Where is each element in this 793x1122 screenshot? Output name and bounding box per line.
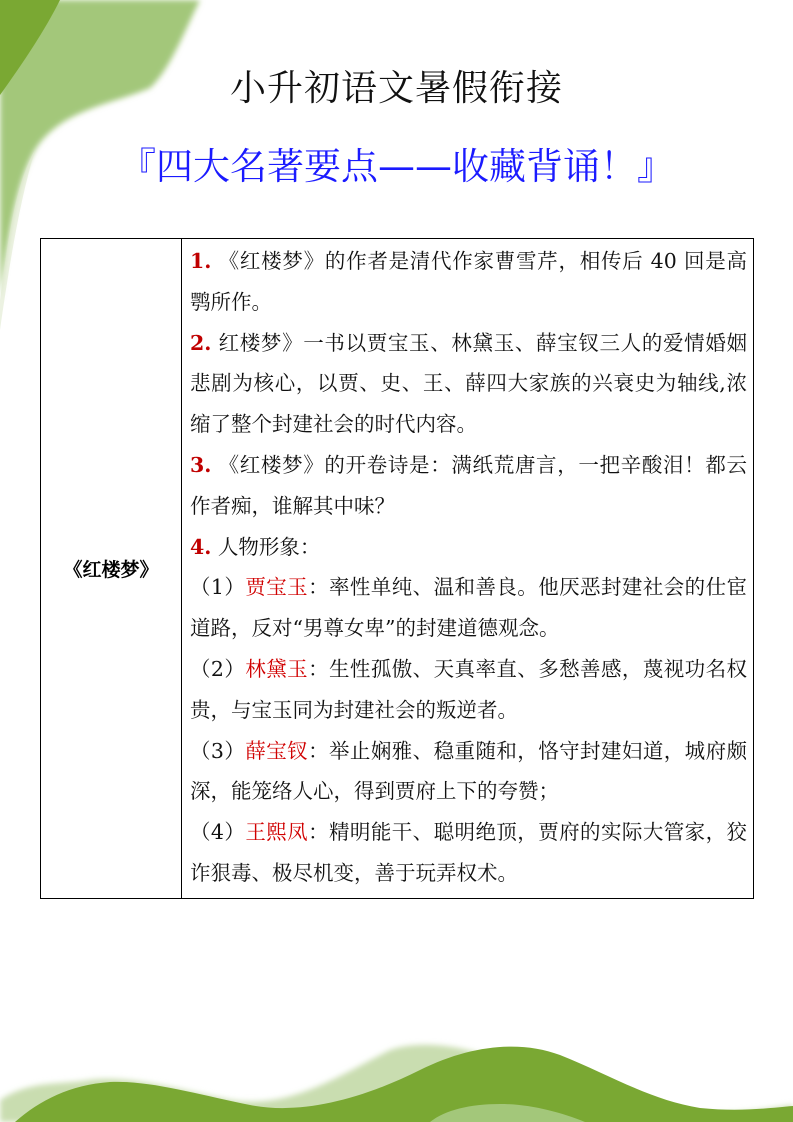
- novel-points-table: 《红楼梦》 1. 《红楼梦》的作者是清代作家曹雪芹，相传后 40 回是高鹗所作。…: [40, 238, 754, 899]
- character-1: （1）贾宝玉：率性单纯、温和善良。他厌恶封建社会的仕宦道路，反对“男尊女卑”的封…: [190, 567, 747, 649]
- character-name: 林黛玉: [245, 657, 308, 681]
- character-name: 贾宝玉: [245, 575, 308, 599]
- point-2: 2. 红楼梦》一书以贾宝玉、林黛玉、薛宝钗三人的爱情婚姻悲剧为核心，以贾、史、王…: [190, 323, 747, 445]
- character-name: 薛宝钗: [245, 739, 308, 763]
- character-4: （4）王熙凤：精明能干、聪明绝顶，贾府的实际大管家，狡诈狠毒、极尽机变，善于玩弄…: [190, 812, 747, 894]
- character-name: 王熙凤: [245, 820, 308, 844]
- book-title-cell: 《红楼梦》: [41, 239, 182, 899]
- character-3: （3）薛宝钗：举止娴雅、稳重随和，恪守封建妇道，城府颇深，能笼络人心，得到贾府上…: [190, 731, 747, 813]
- point-4: 4. 人物形象：: [190, 527, 747, 568]
- point-3: 3. 《红楼梦》的开卷诗是：满纸荒唐言，一把辛酸泪！都云作者痴，谁解其中味？: [190, 445, 747, 527]
- character-2: （2）林黛玉：生性孤傲、天真率直、多愁善感，蔑视功名权贵，与宝玉同为封建社会的叛…: [190, 649, 747, 731]
- page-subtitle: 『四大名著要点——收藏背诵！』: [0, 136, 793, 190]
- point-1: 1. 《红楼梦》的作者是清代作家曹雪芹，相传后 40 回是高鹗所作。: [190, 241, 747, 323]
- content-cell: 1. 《红楼梦》的作者是清代作家曹雪芹，相传后 40 回是高鹗所作。 2. 红楼…: [182, 239, 754, 899]
- page-title: 小升初语文暑假衔接: [0, 60, 793, 111]
- table-row: 《红楼梦》 1. 《红楼梦》的作者是清代作家曹雪芹，相传后 40 回是高鹗所作。…: [41, 239, 754, 899]
